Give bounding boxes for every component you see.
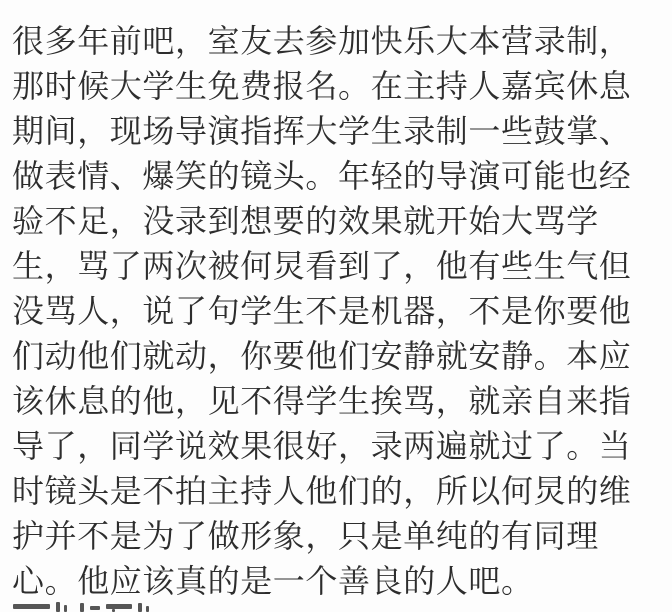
- text-line: 做表情、爆笑的镜头。年轻的导演可能也经: [12, 154, 668, 199]
- text-line: 生，骂了两次被何炅看到了，他有些生气但: [12, 244, 668, 289]
- text-line: 心。他应该真的是一个善良的人吧。: [12, 559, 668, 604]
- post-text-block: 很多年前吧，室友去参加快乐大本营录制， 那时候大学生免费报名。在主持人嘉宾休息 …: [12, 19, 668, 604]
- glyph-top-fragment: [146, 606, 149, 612]
- glyph-top-fragment: [64, 605, 67, 612]
- glyph-top-fragment: [80, 603, 84, 612]
- clipped-text-line: [0, 601, 672, 612]
- glyph-top-fragment: [106, 604, 132, 609]
- glyph-top-fragment: [13, 604, 50, 609]
- glyph-top-fragment: [56, 602, 60, 612]
- text-line: 很多年前吧，室友去参加快乐大本营录制，: [12, 19, 668, 64]
- text-line: 验不足，没录到想要的效果就开始大骂学: [12, 199, 668, 244]
- glyph-top-fragment: [90, 606, 100, 610]
- text-line: 导了，同学说效果很好，录两遍就过了。当: [12, 424, 668, 469]
- text-line: 没骂人，说了句学生不是机器，不是你要他: [12, 289, 668, 334]
- text-line: 那时候大学生免费报名。在主持人嘉宾休息: [12, 64, 668, 109]
- glyph-top-fragment: [138, 603, 142, 612]
- text-line: 该休息的他，见不得学生挨骂，就亲自来指: [12, 379, 668, 424]
- text-line: 期间，现场导演指挥大学生录制一些鼓掌、: [12, 109, 668, 154]
- text-line: 护并不是为了做形象，只是单纯的有同理: [12, 514, 668, 559]
- text-line: 们动他们就动，你要他们安静就安静。本应: [12, 334, 668, 379]
- text-line: 时镜头是不拍主持人他们的，所以何炅的维: [12, 469, 668, 514]
